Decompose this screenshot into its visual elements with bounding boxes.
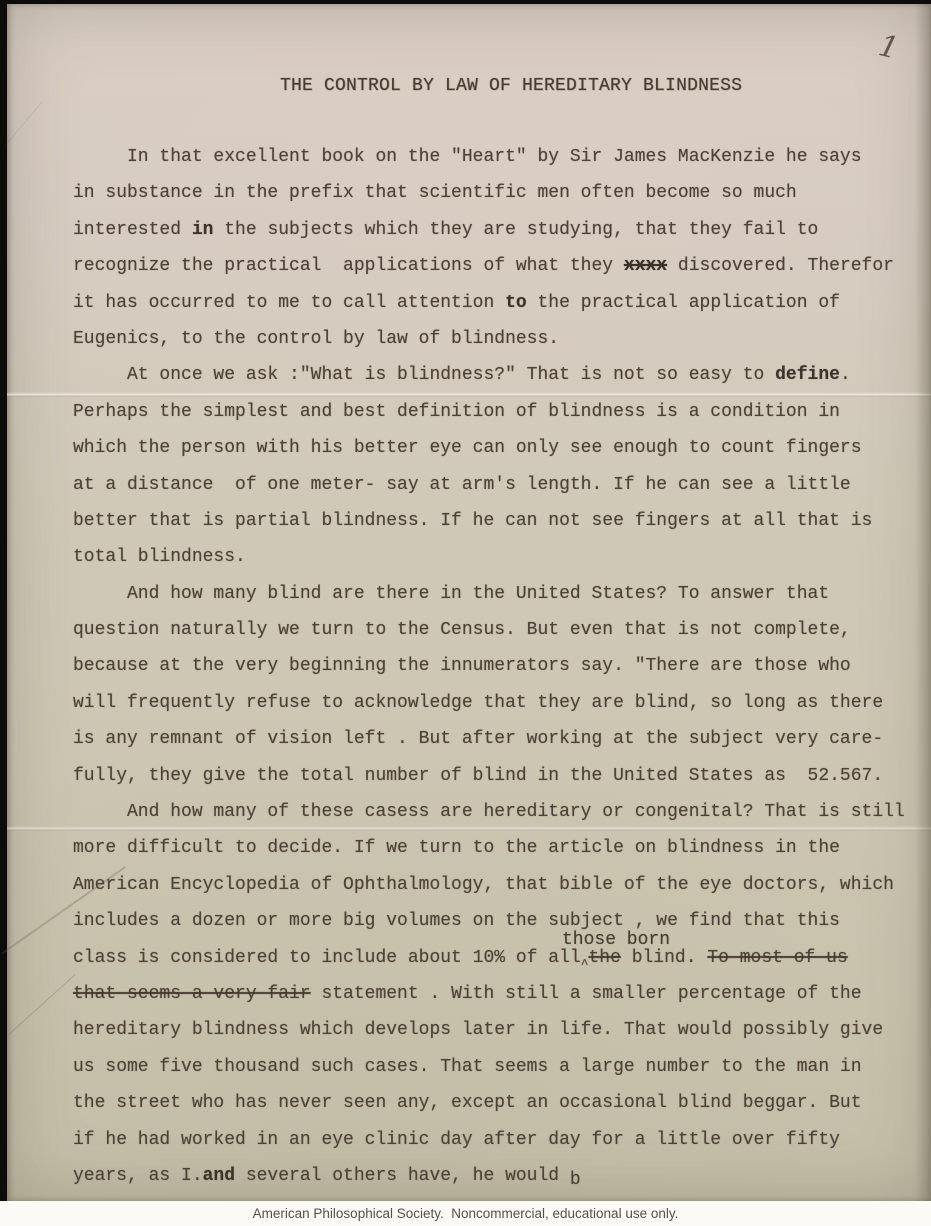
typed-line: will frequently refuse to acknowledge th… (73, 685, 929, 721)
typed-line: that seems a very fair statement . With … (73, 976, 929, 1012)
typed-line: American Encyclopedia of Ophthalmology, … (73, 867, 929, 903)
typed-text: Perhaps the simplest and best definition… (73, 402, 840, 422)
typed-text: blind. (621, 948, 707, 968)
typed-line: recognize the practical applications of … (73, 248, 929, 284)
typed-text: in substance in the prefix that scientif… (73, 183, 797, 203)
typed-line: better that is partial blindness. If he … (73, 503, 929, 539)
typed-text: class is considered to include about 10%… (73, 948, 581, 968)
typed-text: the street who has never seen any, excep… (73, 1093, 862, 1113)
footer-credit-text: American Philosophical Society. Noncomme… (253, 1206, 679, 1221)
typed-line: at a distance of one meter- say at arm's… (73, 467, 929, 503)
typed-line: is any remnant of vision left . But afte… (73, 721, 929, 757)
typed-line: includes a dozen or more big volumes on … (73, 903, 929, 939)
typed-text: recognize the practical applications of … (73, 256, 624, 276)
typed-text: at a distance of one meter- say at arm's… (73, 475, 851, 495)
typed-line: class is considered to include about 10%… (73, 940, 929, 976)
typed-text: several others have, he would (235, 1166, 570, 1186)
typed-lines: In that excellent book on the "Heart" by… (73, 139, 929, 1194)
typed-line: total blindness. (73, 539, 929, 575)
typewritten-title: THE CONTROL BY LAW OF HEREDITARY BLINDNE… (280, 76, 742, 96)
typed-text: hereditary blindness which develops late… (73, 1020, 883, 1040)
typed-text: if he had worked in an eye clinic day af… (73, 1130, 840, 1150)
typed-line: Perhaps the simplest and best definition… (73, 394, 929, 430)
typed-text: more difficult to decide. If we turn to … (73, 838, 840, 858)
typed-line: us some five thousand such cases. That s… (73, 1049, 929, 1085)
typed-text: better that is partial blindness. If he … (73, 511, 872, 531)
typed-text: fully, they give the total number of bli… (73, 766, 883, 786)
typed-text: which the person with his better eye can… (73, 438, 862, 458)
typed-line: And how many of these casess are heredit… (73, 794, 929, 830)
typed-text: years, as I. (73, 1166, 203, 1186)
page-number-handwritten: 1 (875, 28, 902, 67)
typed-text: it has occurred to me to call attention (73, 293, 505, 313)
scanned-document: 1 THE CONTROL BY LAW OF HEREDITARY BLIND… (0, 0, 931, 1226)
typed-text: to (505, 293, 527, 313)
typed-line: the street who has never seen any, excep… (73, 1085, 929, 1121)
typed-text: At once we ask :"What is blindness?" Tha… (73, 365, 775, 385)
diagonal-crease (3, 101, 42, 148)
typed-text: In that excellent book on the "Heart" by… (73, 147, 862, 167)
document-page: 1 THE CONTROL BY LAW OF HEREDITARY BLIND… (7, 4, 931, 1201)
typed-line: because at the very beginning the innume… (73, 648, 929, 684)
typed-text: Eugenics, to the control by law of blind… (73, 329, 559, 349)
typed-line: if he had worked in an eye clinic day af… (73, 1122, 929, 1158)
typed-text: define (775, 365, 840, 385)
typed-text: total blindness. (73, 547, 246, 567)
typed-text: in (192, 220, 214, 240)
typed-text: those born (562, 930, 670, 950)
typed-text: us some five thousand such cases. That s… (73, 1057, 862, 1077)
typed-line: more difficult to decide. If we turn to … (73, 830, 929, 866)
typed-text: statement . With still a smaller percent… (311, 984, 862, 1004)
typed-text: interested (73, 220, 192, 240)
typed-line: Eugenics, to the control by law of blind… (73, 321, 929, 357)
typed-text: discovered. Therefor (667, 256, 894, 276)
typed-line: hereditary blindness which develops late… (73, 1012, 929, 1048)
typed-text: b (570, 1170, 581, 1190)
typed-text: the practical application of (527, 293, 840, 313)
typed-text: American Encyclopedia of Ophthalmology, … (73, 875, 894, 895)
typed-line: interested in the subjects which they ar… (73, 212, 929, 248)
struck-out-text: xxxx (624, 256, 667, 276)
typed-text: question naturally we turn to the Census… (73, 620, 851, 640)
typed-text: will frequently refuse to acknowledge th… (73, 693, 883, 713)
typed-text: because at the very beginning the innume… (73, 656, 851, 676)
typed-line: which the person with his better eye can… (73, 430, 929, 466)
typed-line: years, as I.and several others have, he … (73, 1158, 929, 1194)
typed-text: And how many of these casess are heredit… (73, 802, 905, 822)
typed-text: and (203, 1166, 235, 1186)
struck-out-text: the (589, 948, 621, 968)
typed-text: includes a dozen or more big volumes on … (73, 911, 840, 931)
typed-text: the subjects which they are studying, th… (213, 220, 818, 240)
typed-text: is any remnant of vision left . But afte… (73, 729, 883, 749)
typed-line: In that excellent book on the "Heart" by… (73, 139, 929, 175)
struck-out-text: To most of us (707, 948, 847, 968)
typed-line: And how many blind are there in the Unit… (73, 576, 929, 612)
typed-line: At once we ask :"What is blindness?" Tha… (73, 357, 929, 393)
footer-credit-bar: American Philosophical Society. Noncomme… (0, 1201, 931, 1226)
typed-line: it has occurred to me to call attention … (73, 285, 929, 321)
typed-text: . (840, 365, 851, 385)
typed-text: And how many blind are there in the Unit… (73, 584, 829, 604)
diagonal-crease (8, 974, 76, 1035)
typed-text: ^ (581, 957, 589, 972)
typed-line: fully, they give the total number of bli… (73, 758, 929, 794)
typed-line: question naturally we turn to the Census… (73, 612, 929, 648)
typed-line: in substance in the prefix that scientif… (73, 175, 929, 211)
struck-out-text: that seems a very fair (73, 984, 311, 1004)
